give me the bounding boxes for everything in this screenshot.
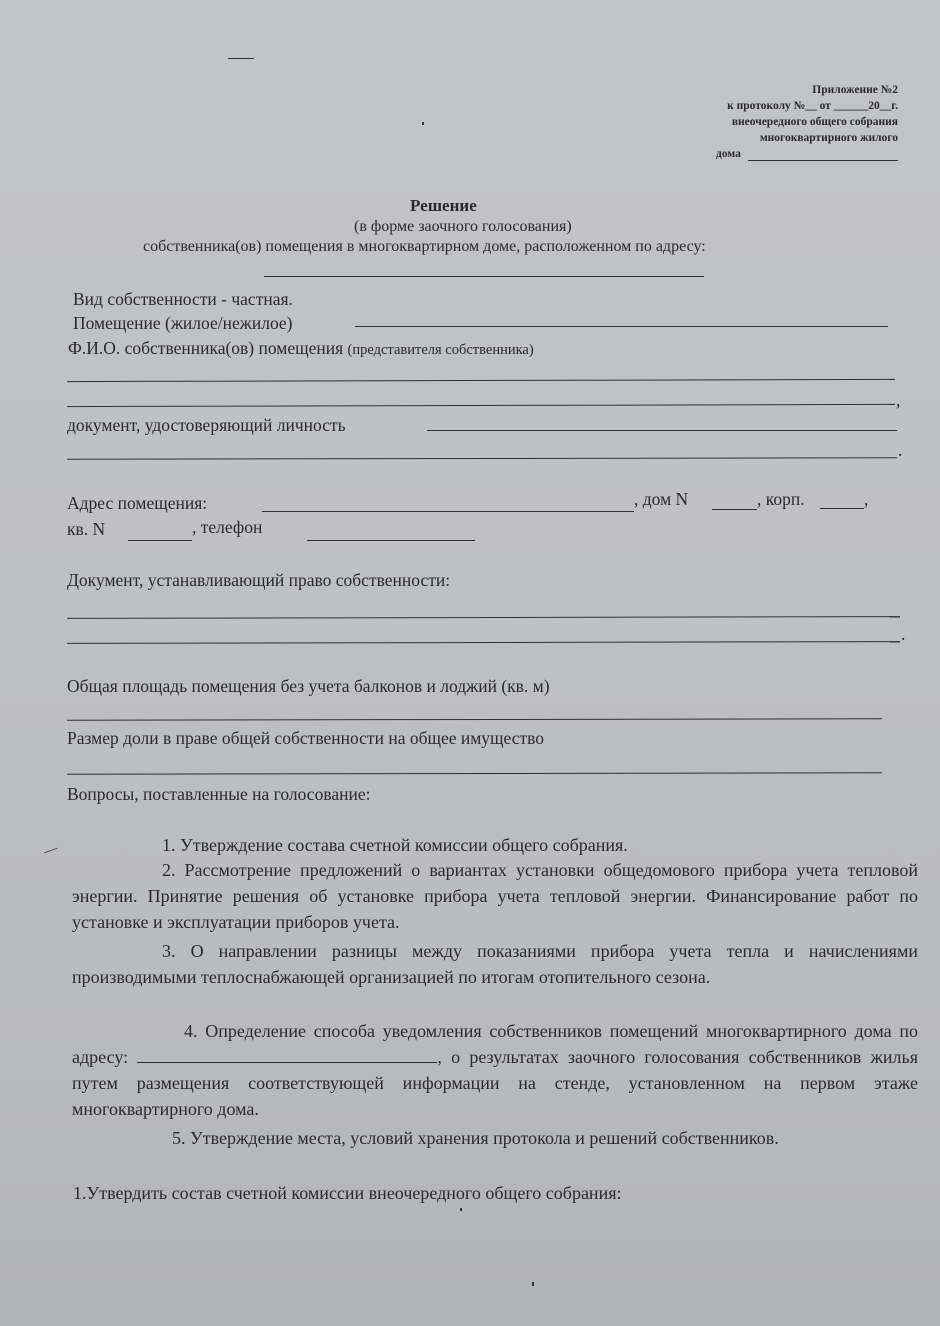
appendix-protocol: к протоколу №__ от ______20__г. <box>716 98 898 114</box>
share-label: Размер доли в праве общей собственности … <box>67 728 544 749</box>
appendix-title: Приложение №2 <box>716 82 898 98</box>
appendix-house-blank[interactable] <box>748 160 898 161</box>
stray-curve <box>44 848 58 854</box>
question-1: 1. Утверждение состава счетной комиссии … <box>72 832 918 858</box>
id-document-blank-2[interactable] <box>67 457 897 459</box>
building-comma: , <box>864 489 868 510</box>
doc-title: Решение <box>410 196 477 216</box>
owner-name-label: Ф.И.О. собственника(ов) помещения (предс… <box>68 338 534 359</box>
question-2: 2. Рассмотрение предложений о вариантах … <box>72 857 918 935</box>
document-page: Приложение №2 к протоколу №__ от ______2… <box>0 0 940 1326</box>
address-street-blank[interactable] <box>262 511 634 512</box>
stray-dot-2 <box>460 1208 462 1211</box>
building-label: , корп. <box>757 489 805 510</box>
owner-name-blank-1[interactable] <box>67 379 895 382</box>
ownership-doc-label: Документ, устанавливающий право собствен… <box>67 570 450 591</box>
address-blank[interactable] <box>264 276 704 277</box>
doc-subtitle: (в форме заочного голосования) <box>354 218 572 236</box>
ownership-type: Вид собственности - частная. <box>73 289 293 310</box>
building-blank[interactable] <box>820 508 864 509</box>
share-blank[interactable] <box>67 772 882 774</box>
question-1-text: 1. Утверждение состава счетной комиссии … <box>162 835 628 855</box>
appendix-house-label: дома <box>716 148 741 160</box>
stray-mark <box>228 58 254 59</box>
appendix-block: Приложение №2 к протоколу №__ от ______2… <box>716 82 898 162</box>
house-number-blank[interactable] <box>712 509 757 510</box>
address-label: Адрес помещения: <box>67 493 207 514</box>
phone-blank[interactable] <box>307 540 475 541</box>
area-label: Общая площадь помещения без учета балкон… <box>67 676 550 697</box>
phone-label: , телефон <box>192 517 262 538</box>
id-document-label: документ, удостоверяющий личность <box>67 415 346 436</box>
period-mark-2: . <box>901 624 905 645</box>
comma-mark: , <box>896 390 900 411</box>
apt-label: кв. N <box>67 519 105 540</box>
decision-1-label: 1.Утвердить состав счетной комиссии внео… <box>73 1183 621 1204</box>
owner-name-blank-2[interactable] <box>67 404 895 407</box>
stray-dot <box>422 122 424 125</box>
question-2-text: 2. Рассмотрение предложений о вариантах … <box>72 860 918 932</box>
premises-blank[interactable] <box>355 326 888 327</box>
ownership-doc-blank-2[interactable] <box>67 641 900 644</box>
apt-blank[interactable] <box>128 540 192 541</box>
ownership-doc-blank-1[interactable] <box>67 616 900 619</box>
owner-name-text: Ф.И.О. собственника(ов) помещения <box>68 338 343 358</box>
appendix-building: многоквартирного жилого <box>716 130 898 146</box>
question-5: , о результатах заочного голосования соб… <box>72 1125 918 1151</box>
premises-label: Помещение (жилое/нежилое) <box>73 313 293 334</box>
questions-label: Вопросы, поставленные на голосование: <box>67 784 370 805</box>
question-4-address-blank[interactable] <box>137 1048 437 1063</box>
question-4: 4. Определение способа уведомления собст… <box>72 1018 918 1122</box>
area-blank[interactable] <box>67 718 882 720</box>
owner-name-note: (представителя собственника) <box>348 342 534 358</box>
appendix-house-row: дома <box>716 146 898 162</box>
period-mark: . <box>898 440 902 461</box>
appendix-meeting: внеочередного общего собрания <box>716 114 898 130</box>
question-5-text: 5. Утверждение места, условий хранения п… <box>172 1128 779 1148</box>
house-label: , дом N <box>634 489 688 510</box>
id-document-blank-1[interactable] <box>427 430 897 431</box>
question-3: 3. О направлении разницы между показания… <box>72 938 918 990</box>
stray-dot-3 <box>532 1282 534 1286</box>
address-intro: собственника(ов) помещения в многокварти… <box>143 238 706 256</box>
question-3-text: 3. О направлении разницы между показания… <box>72 941 918 987</box>
